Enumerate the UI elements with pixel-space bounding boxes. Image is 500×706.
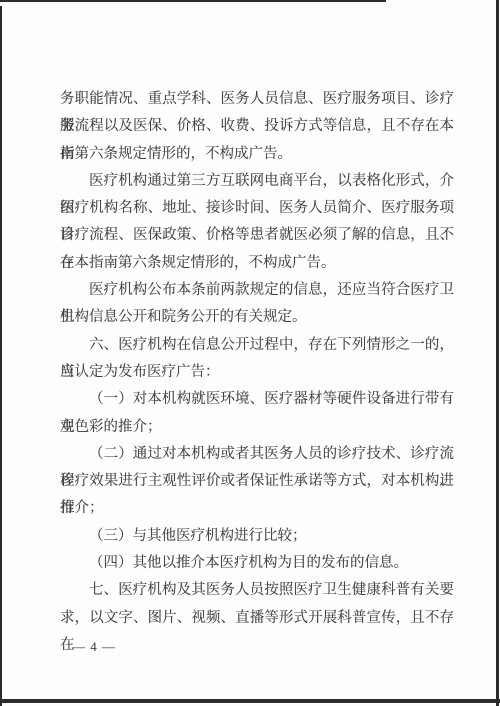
document-body: 务职能情况、重点学科、医务人员信息、医疗服务项目、诊疗服 务流程以及医保、价格、… <box>60 86 454 632</box>
text-line: 南第六条规定情形的，不构成广告。 <box>60 141 454 168</box>
text-line: 在本指南第六条规定情形的，不构成广告。 <box>60 250 454 277</box>
page-number: — 4 — <box>72 639 116 655</box>
text-line: 机构信息公开和院务公开的有关规定。 <box>60 304 454 331</box>
text-line: 务流程以及医保、价格、收费、投诉方式等信息，且不存在本指 <box>60 113 454 140</box>
text-line: （三）与其他医疗机构进行比较； <box>60 523 454 550</box>
scanned-document-page: 务职能情况、重点学科、医务人员信息、医疗服务项目、诊疗服 务流程以及医保、价格、… <box>0 0 500 706</box>
text-line: 推介； <box>60 495 454 522</box>
text-line: 务职能情况、重点学科、医务人员信息、医疗服务项目、诊疗服 <box>60 86 454 113</box>
text-line: 当认定为发布医疗广告： <box>60 359 454 386</box>
scan-edge-right <box>496 0 499 706</box>
text-line: 求，以文字、图片、视频、直播等形式开展科普宣传，且不存在 <box>60 605 454 632</box>
text-line: （四）其他以推介本医疗机构为目的发布的信息。 <box>60 550 454 577</box>
text-line: 观色彩的推介； <box>60 414 454 441</box>
scan-edge-bottom <box>0 699 500 703</box>
text-line: 诊疗效果进行主观性评价或者保证性承诺等方式，对本机构进行 <box>60 468 454 495</box>
text-line: 诊疗流程、医保政策、价格等患者就医必须了解的信息，且不存 <box>60 222 454 249</box>
text-line: 七、医疗机构及其医务人员按照医疗卫生健康科普有关要 <box>60 577 454 604</box>
text-line: （一）对本机构就医环境、医疗器材等硬件设备进行带有主 <box>60 386 454 413</box>
text-line: 医疗机构名称、地址、接诊时间、医务人员简介、医疗服务项目、 <box>60 195 454 222</box>
text-line: 六、医疗机构在信息公开过程中，存在下列情形之一的，应 <box>60 332 454 359</box>
text-line: （二）通过对本机构或者其医务人员的诊疗技术、诊疗流程、 <box>60 441 454 468</box>
text-line: 医疗机构公布本条前两款规定的信息，还应当符合医疗卫生 <box>60 277 454 304</box>
scan-edge-top <box>0 0 386 2</box>
text-line: 医疗机构通过第三方互联网电商平台，以表格化形式，介绍 <box>60 168 454 195</box>
scan-edge-left <box>0 6 2 706</box>
